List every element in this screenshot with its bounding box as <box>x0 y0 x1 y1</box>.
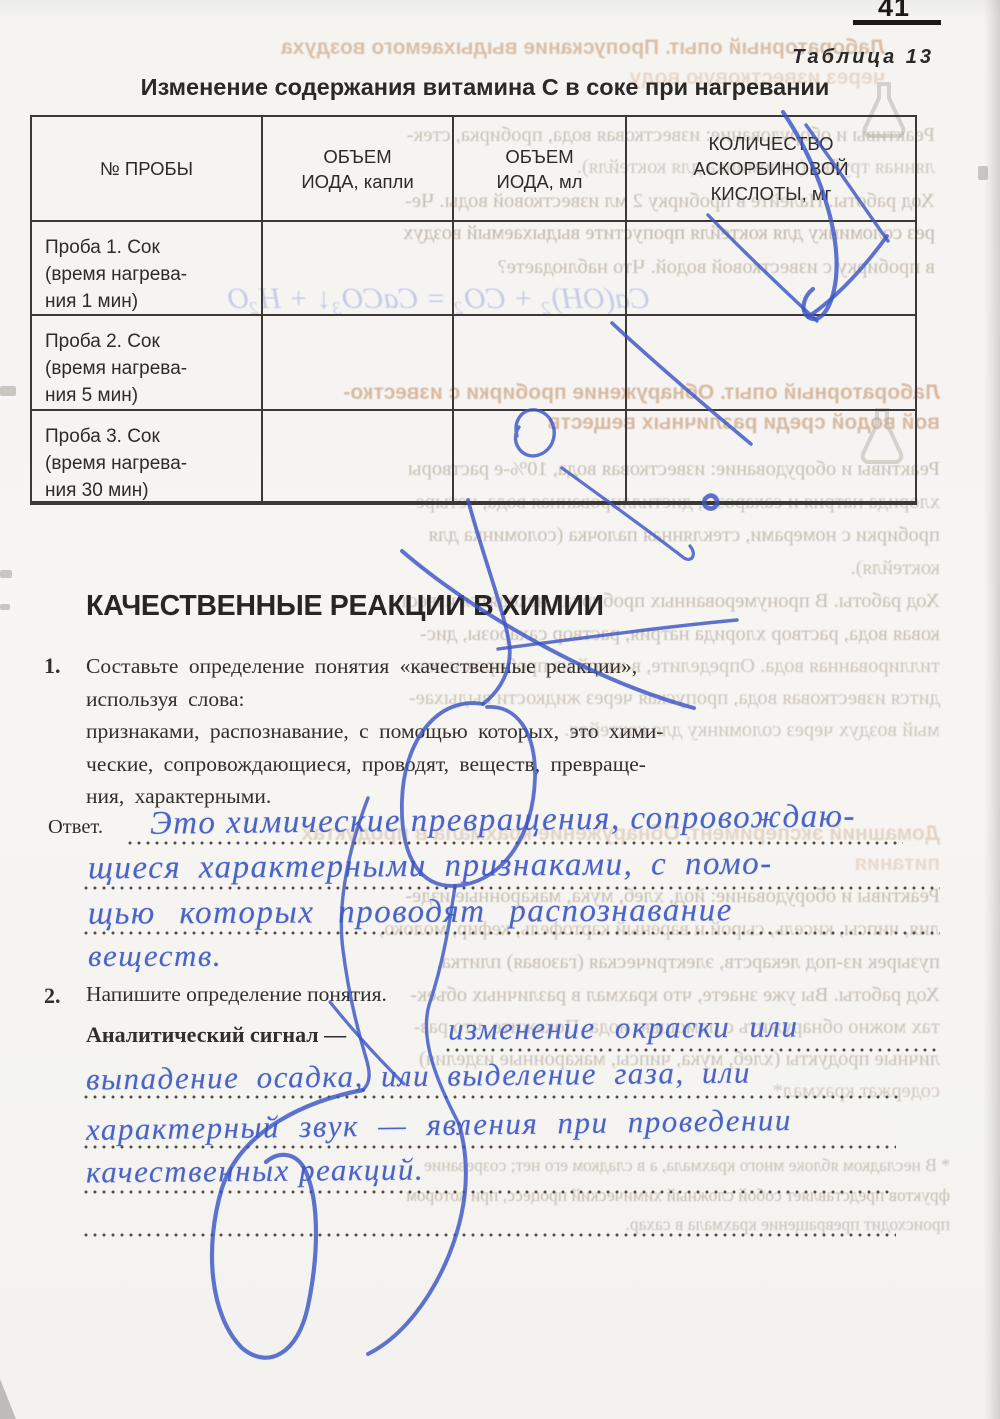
workbook-page: Лабораторный опыт. Пропускание выдыхаемо… <box>0 0 1000 1419</box>
table-caption: Таблица 13 <box>792 46 934 69</box>
handwritten-answer2-line3: характерный звук — явления при проведени… <box>86 1102 792 1148</box>
scan-artifact <box>0 386 16 396</box>
dotted-line <box>84 1190 894 1194</box>
table-cell-empty <box>454 411 627 501</box>
scan-artifact <box>978 166 988 180</box>
table-row-label: Проба 1. Сок (время нагрева- ния 1 мин) <box>32 222 263 316</box>
page-corner-shadow <box>0 1379 16 1419</box>
table-cell-empty <box>454 316 627 411</box>
scan-edge-right <box>984 0 1000 1419</box>
vitamin-c-table: № ПРОБЫ ОБЪЕМ ИОДА, капли ОБЪЕМ ИОДА, мл… <box>30 115 917 505</box>
table-row-label: Проба 3. Сок (время нагрева- ния 30 мин) <box>32 411 263 501</box>
table-cell-empty <box>627 222 915 316</box>
table-row-label: Проба 2. Сок (время нагрева- ния 5 мин) <box>32 316 263 411</box>
table-cell-empty <box>263 411 454 501</box>
table-cell-empty <box>627 411 915 501</box>
task2-number: 2. <box>44 983 61 1009</box>
task2-text: Напишите определение понятия. <box>86 982 387 1007</box>
task1-number: 1. <box>44 653 61 679</box>
task2-term: Аналитический сигнал — <box>86 1022 346 1048</box>
table-title: Изменение содержания витамина С в соке п… <box>50 74 920 101</box>
handwritten-answer1-line3: щью которых проводят распознавание <box>88 892 733 932</box>
table-header-iodine-ml: ОБЪЕМ ИОДА, мл <box>454 117 627 222</box>
handwritten-answer2-line2: выпадение осадка, или выделение газа, ил… <box>86 1055 751 1098</box>
handwritten-answer1-line4: веществ. <box>88 938 222 974</box>
section-heading: КАЧЕСТВЕННЫЕ РЕАКЦИИ В ХИМИИ <box>86 590 604 623</box>
page-number-rule <box>853 20 941 25</box>
table-header-ascorbic-mg: КОЛИЧЕСТВО АСКОРБИНОВОЙ КИСЛОТЫ, мг <box>627 117 915 222</box>
table-cell-empty <box>263 222 454 316</box>
handwritten-answer2-line1: изменение окраски или <box>448 1008 799 1047</box>
answer-label: Ответ. <box>48 816 103 839</box>
scan-artifact <box>0 570 12 578</box>
table-cell-empty <box>627 316 915 411</box>
table-header-sample: № ПРОБЫ <box>32 117 263 222</box>
table-cell-empty <box>263 316 454 411</box>
handwritten-answer2-line4: качественных реакций. <box>86 1152 424 1191</box>
handwritten-answer1-line1: Это химические превращения, сопровождаю- <box>150 798 856 842</box>
handwritten-answer1-line2: щиеся характерными признаками, с помо- <box>88 846 773 888</box>
table-header-iodine-drops: ОБЪЕМ ИОДА, капли <box>263 117 454 222</box>
scan-artifact <box>0 604 10 610</box>
task1-text: Составьте определение понятия «качествен… <box>86 650 942 813</box>
table-cell-empty <box>454 222 627 316</box>
dotted-line <box>446 1048 936 1052</box>
dotted-line <box>84 1233 896 1237</box>
dotted-line <box>84 886 940 890</box>
